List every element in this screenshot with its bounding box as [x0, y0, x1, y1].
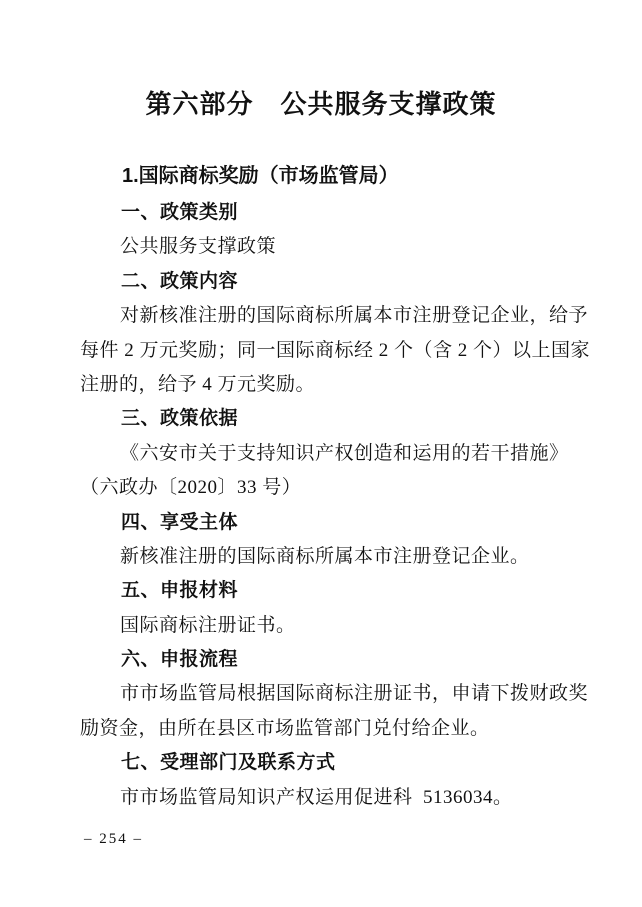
- section-heading-contact: 七、受理部门及联系方式: [0, 746, 642, 780]
- body-line: 新核准注册的国际商标所属本市注册登记企业。: [0, 540, 642, 574]
- section-heading-policy-category: 一、政策类别: [0, 196, 642, 230]
- section-heading-policy-basis: 三、政策依据: [0, 402, 642, 436]
- body-line: 注册的，给予 4 万元奖励。: [0, 368, 642, 402]
- section-heading-application-materials: 五、申报材料: [0, 574, 642, 608]
- body-line: 国际商标注册证书。: [0, 609, 642, 643]
- body-line: 市市场监管局根据国际商标注册证书，申请下拨财政奖: [0, 677, 642, 711]
- section-heading-application-process: 六、申报流程: [0, 643, 642, 677]
- document-title: 第六部分 公共服务支撑政策: [0, 84, 642, 121]
- body-line: 励资金，由所在县区市场监管部门兑付给企业。: [0, 712, 642, 746]
- body-line: 市市场监管局知识产权运用促进科 5136034。: [0, 781, 642, 815]
- document-page: 第六部分 公共服务支撑政策 1.国际商标奖励（市场监管局） 一、政策类别 公共服…: [0, 0, 642, 907]
- body-line: 每件 2 万元奖励；同一国际商标经 2 个（含 2 个）以上国家: [0, 334, 642, 368]
- body-line: 公共服务支撑政策: [0, 230, 642, 264]
- body-line: 《六安市关于支持知识产权创造和运用的若干措施》: [0, 437, 642, 471]
- section-heading-policy-content: 二、政策内容: [0, 265, 642, 299]
- page-number: – 254 –: [84, 831, 143, 848]
- body-line: （六政办〔2020〕33 号）: [0, 471, 642, 505]
- section-heading-beneficiary: 四、享受主体: [0, 506, 642, 540]
- document-body: 一、政策类别 公共服务支撑政策 二、政策内容 对新核准注册的国际商标所属本市注册…: [0, 196, 642, 815]
- document-subtitle: 1.国际商标奖励（市场监管局）: [122, 159, 399, 188]
- body-line: 对新核准注册的国际商标所属本市注册登记企业，给予: [0, 299, 642, 333]
